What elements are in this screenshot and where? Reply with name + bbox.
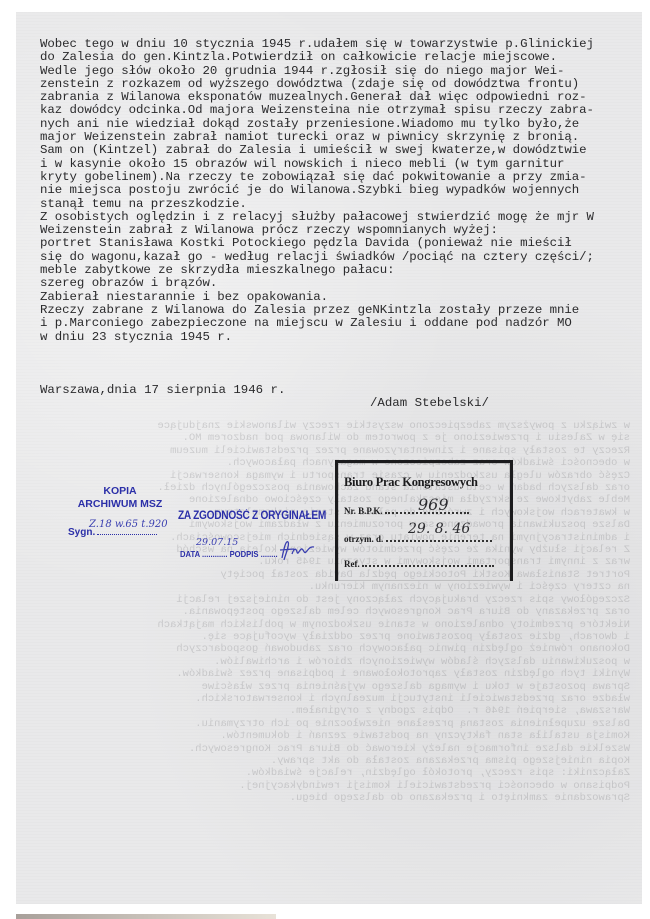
body-line: do Zalesia do gen.Kintzla.Potwierdził on… bbox=[40, 51, 640, 64]
bleed-line: Warszawa, sierpień 1946 r. Odpis zgodny … bbox=[40, 705, 630, 717]
body-line: Wedle jego słów około 20 grudnia 1944 r.… bbox=[40, 65, 640, 78]
bleed-line: Niektóre przedmioty odnaleziono w stanie… bbox=[40, 619, 630, 631]
stamp-title: Biuro Prac Kongresowych bbox=[344, 475, 478, 490]
bleed-line: w poszukiwaniu dalszych śladów wywiezion… bbox=[40, 656, 630, 668]
bleed-line: Komisja ustaliła stan faktyczny na podst… bbox=[40, 730, 630, 742]
bleed-line: władze oraz przedstawicieli instytucji m… bbox=[40, 693, 630, 705]
bleed-line: Dokonano również oględzin piwnic pałacow… bbox=[40, 643, 630, 655]
stamp-received-dots bbox=[386, 540, 492, 542]
bleed-line: oraz przekazany do Biura Prac Kongresowy… bbox=[40, 606, 630, 618]
certification-date: 29.07.15 bbox=[196, 537, 238, 548]
typewritten-body: Wobec tego w dniu 10 stycznia 1945 r.uda… bbox=[40, 38, 640, 344]
stamp-kopia-label: KOPIA bbox=[60, 485, 180, 498]
body-line: nie miejsca postoju zwrócić je do Wilano… bbox=[40, 184, 640, 197]
body-line: meble zabytkowe ze skrzydła mieszkalnego… bbox=[40, 264, 640, 277]
sygn-handwritten-value: Z.18 w.65 t.920 bbox=[89, 519, 168, 530]
body-line: Z osobistych oględzin i z relacyj służby… bbox=[40, 211, 640, 224]
body-line: w dniu 23 stycznia 1945 r. bbox=[40, 331, 640, 344]
body-line: się do wagonu,kazał go - według relacji … bbox=[40, 251, 640, 264]
body-line: i w kasynie około 15 obrazów wil nowskic… bbox=[40, 158, 640, 171]
bleed-line: Kopia niniejszego pisma przekazana zosta… bbox=[40, 755, 630, 767]
place-and-date: Warszawa,dnia 17 sierpnia 1946 r. bbox=[40, 383, 285, 397]
bleed-line: Sprawozdanie zamknięto i przekazano do d… bbox=[40, 792, 630, 804]
bleed-line: Załączniki: spis rzeczy, protokół oględz… bbox=[40, 767, 630, 779]
body-line: Wobec tego w dniu 10 stycznia 1945 r.uda… bbox=[40, 38, 640, 51]
body-line: Zabierał niestarannie i bez opakowania. bbox=[40, 291, 640, 304]
body-line: i p.Marconiego zabezpieczone na miejscu … bbox=[40, 317, 640, 330]
stamp-archive-label: ARCHIWUM MSZ bbox=[60, 498, 180, 511]
handwritten-signature-icon bbox=[276, 538, 316, 562]
stamp-received-label: otrzym. d. bbox=[344, 534, 383, 544]
body-line: Weizenstein zabrał z Wilanowa prócz rzec… bbox=[40, 224, 640, 237]
date-signature-label: DATA ............ PODPIS ........ bbox=[180, 549, 278, 559]
body-line: Sam on (Kintzel) zabrał do Zalesia i umi… bbox=[40, 144, 640, 157]
body-line: kaz dowódcy odcinka.Od majora Weizenstei… bbox=[40, 104, 640, 117]
stamp-ref-label: Ref. bbox=[344, 559, 360, 569]
body-line: Rzeczy zabrane z Wilanowa do Zalesia prz… bbox=[40, 304, 640, 317]
body-line: szereg obrazów i brązów. bbox=[40, 277, 640, 290]
stamp-ref-row: Ref. bbox=[344, 559, 494, 569]
stamp-received-value: 29. 8. 46 bbox=[408, 521, 470, 537]
body-line: portret Stanisława Kostki Potockiego pęd… bbox=[40, 237, 640, 250]
bleed-line: Rzeczy te zostały spisane i zinwentaryzo… bbox=[40, 445, 630, 457]
bleed-line: Dalsze uzupełnienia zostaną przesłane ni… bbox=[40, 718, 630, 730]
body-line: zenstein z rozkazem od wyższego dowództw… bbox=[40, 78, 640, 91]
bleed-line: Szczegółowy spis rzeczy brakujących załą… bbox=[40, 594, 630, 606]
bleed-line: Wyniki tych oględzin zostały zaprotokoło… bbox=[40, 668, 630, 680]
bleed-line: w związku z powyższym zabezpieczono wszy… bbox=[40, 420, 630, 432]
stamp-number-value: 969 bbox=[418, 495, 449, 514]
certification-stamp: ZA ZGODNOŚĆ Z ORYGINAŁEM bbox=[178, 510, 326, 522]
scan-edge bbox=[16, 914, 276, 919]
bleed-line: na cztery części i wywieziony w nieznany… bbox=[40, 581, 630, 593]
body-line: kryty gobelinem).Na rzeczy te zobowiązał… bbox=[40, 171, 640, 184]
bleed-line: i dworach, gdzie zostały pozostawione pr… bbox=[40, 631, 630, 643]
typed-signature: /Adam Stebelski/ bbox=[370, 396, 489, 410]
body-line: major Weizenstein zabrał namiot turecki … bbox=[40, 131, 640, 144]
congress-office-stamp: Biuro Prac Kongresowych Nr. B.P.K. 969 o… bbox=[335, 460, 513, 581]
body-line: nych ani nie wiedział dokąd zostały prze… bbox=[40, 118, 640, 131]
stamp-ref-dots bbox=[362, 565, 494, 567]
bleed-line: Sprawa pozostaje w toku i wymaga dalszeg… bbox=[40, 681, 630, 693]
stamp-number-label: Nr. B.P.K. bbox=[344, 506, 383, 516]
body-line: stanął temu na przeszkodzie. bbox=[40, 198, 640, 211]
body-line: zabrania z Wilanowa eksponatów muzealnyc… bbox=[40, 91, 640, 104]
bleed-line: się w Zalesiu i przewieziono je z powrot… bbox=[40, 432, 630, 444]
bleed-line: Podpisano w obecności przedstawicieli ko… bbox=[40, 780, 630, 792]
archive-copy-stamp: KOPIA ARCHIWUM MSZ bbox=[60, 485, 180, 511]
stamp-number-row: Nr. B.P.K. bbox=[344, 506, 469, 516]
bleed-line: Wszelkie dalsze informacje należy kierow… bbox=[40, 743, 630, 755]
